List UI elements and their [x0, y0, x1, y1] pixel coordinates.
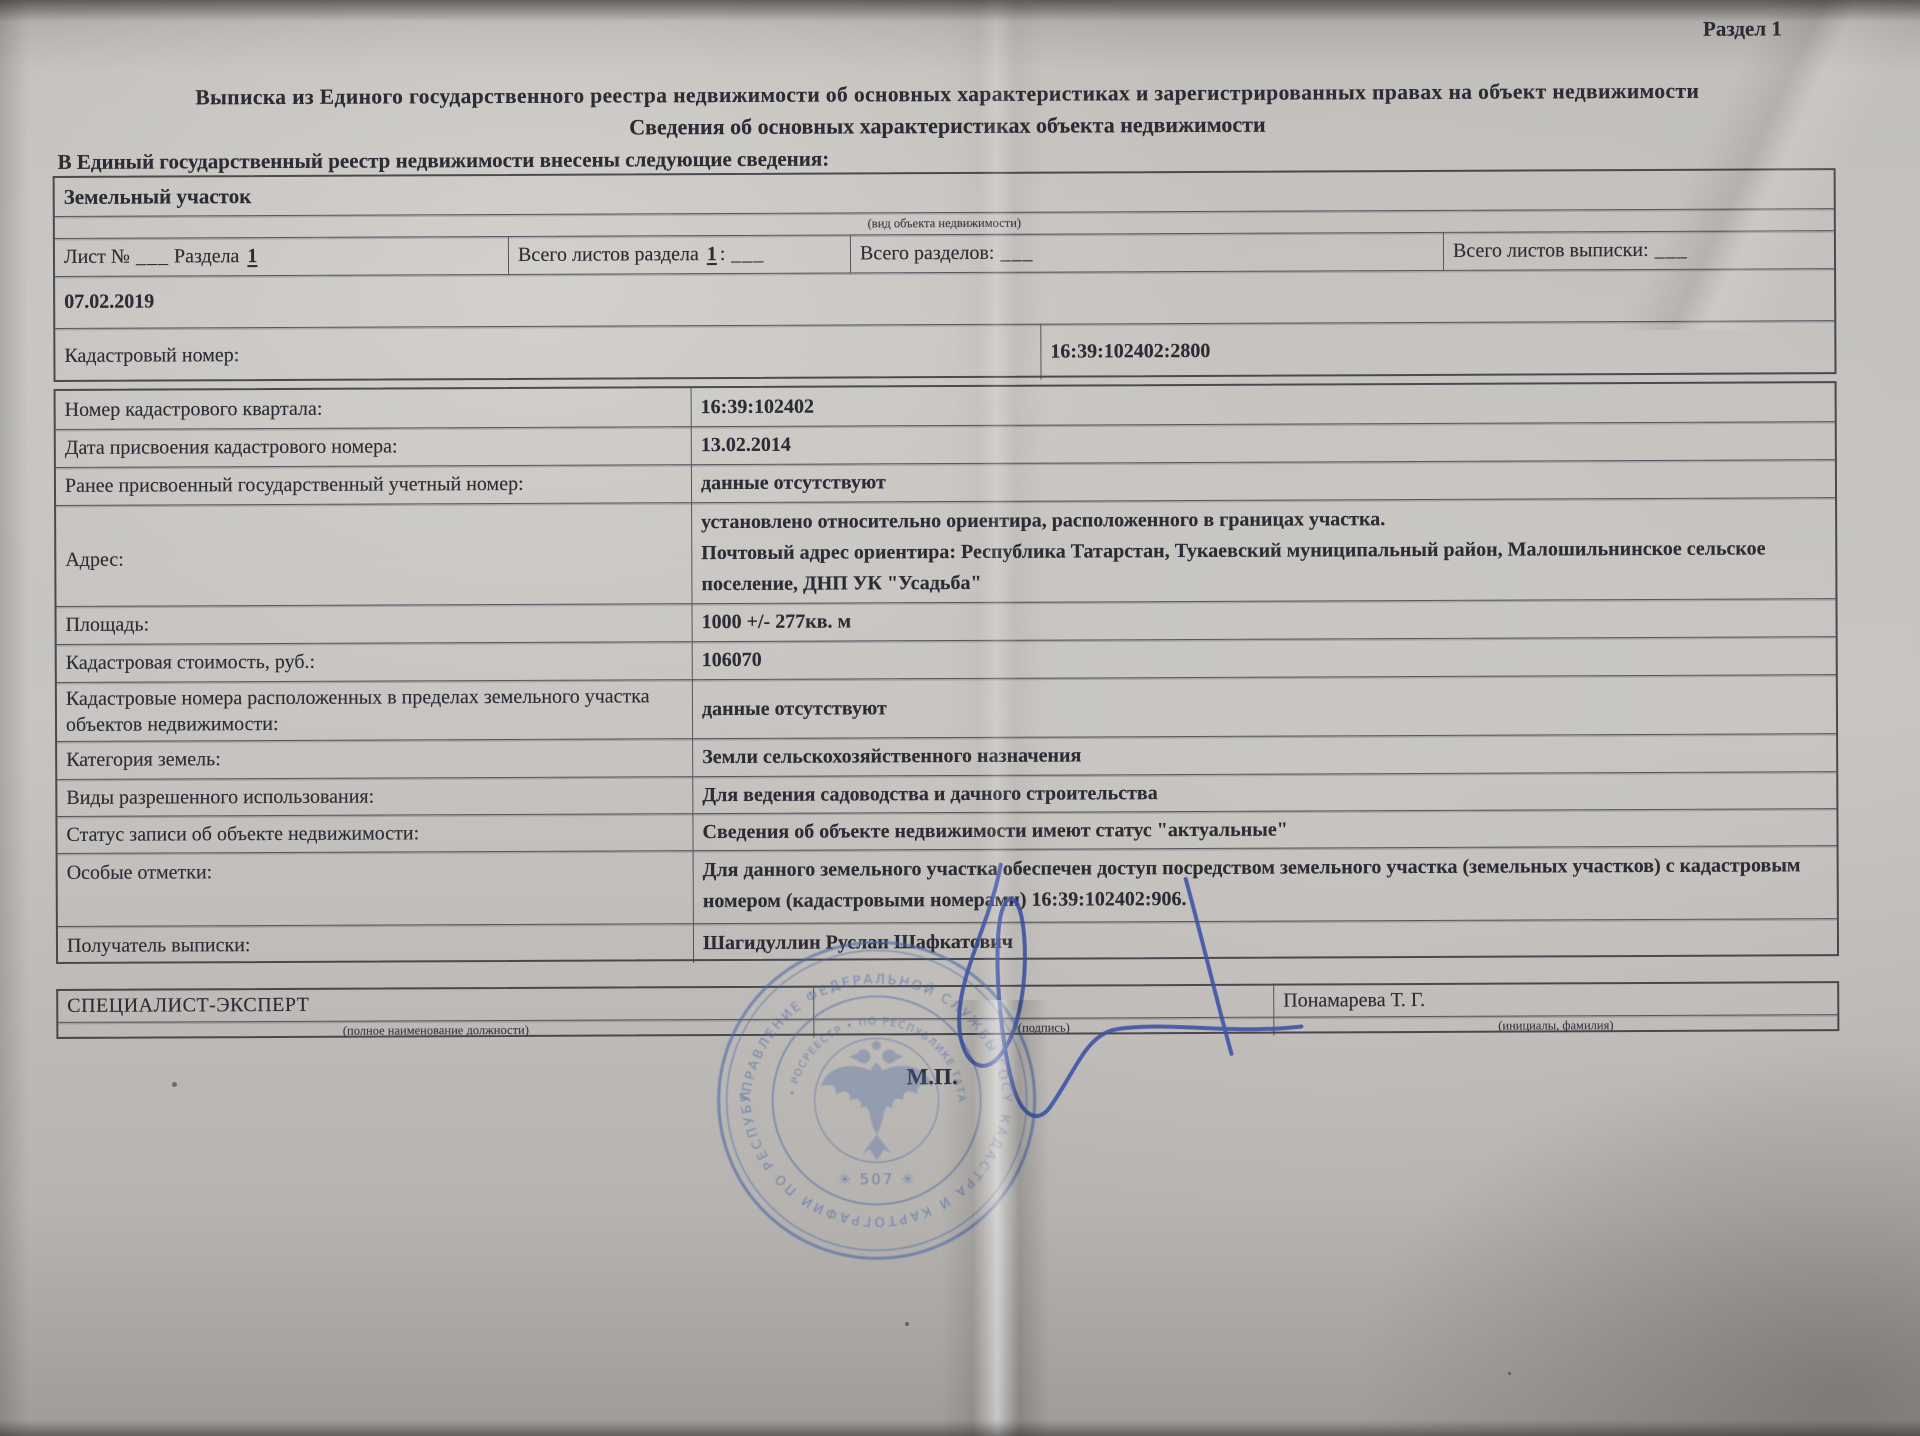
- row-label: Адрес:: [56, 503, 691, 606]
- total-sections-cell: Всего разделов: ___: [850, 233, 1443, 273]
- row-value: 13.02.2014: [691, 422, 1835, 464]
- intro-line: В Единый государственный реестр недвижим…: [58, 147, 830, 175]
- table-row: Кадастровые номера расположенных в преде…: [57, 674, 1836, 741]
- date-row: 07.02.2019: [55, 268, 1834, 328]
- section-number: 1: [244, 245, 260, 268]
- row-label: Виды разрешенного использования:: [57, 777, 692, 816]
- row-label: Категория земель:: [57, 739, 692, 779]
- extract-date: 07.02.2019: [55, 269, 1834, 328]
- section-label: Раздел 1: [1703, 16, 1782, 41]
- document-photo: Раздел 1 Выписка из Единого государствен…: [0, 0, 1920, 1436]
- position-cell: СПЕЦИАЛИСТ-ЭКСПЕРТ: [58, 988, 813, 1022]
- egrn-extract-page: Раздел 1 Выписка из Единого государствен…: [0, 0, 1920, 1436]
- total-sections-label: Всего разделов:: [860, 242, 995, 266]
- row-value: данные отсутствуют: [692, 675, 1836, 738]
- row-label: Кадастровые номера расположенных в преде…: [57, 680, 692, 741]
- section-word: Раздела: [174, 245, 240, 268]
- row-label: Статус записи об объекте недвижимости:: [57, 814, 692, 853]
- total-sheets-blank: ___: [1649, 239, 1688, 262]
- total-sheets-cell: Всего листов выписки: ___: [1443, 231, 1834, 270]
- header-table: Земельный участок (вид объекта недвижимо…: [53, 168, 1837, 382]
- row-value: Земли сельскохозяйственного назначения: [692, 734, 1836, 776]
- sheets-in-section-cell: Всего листов раздела 1 : ___: [508, 235, 850, 273]
- row-value: 1000 +/- 277кв. м: [692, 599, 1836, 641]
- row-label: Ранее присвоенный государственный учетны…: [56, 465, 691, 505]
- sheets-in-section-number: 1: [704, 243, 720, 266]
- document-title: Выписка из Единого государственного реес…: [0, 78, 1897, 111]
- table-row: Адрес: установлено относительно ориентир…: [56, 497, 1835, 606]
- stamp-number: ✳ 507 ✳: [838, 1170, 915, 1188]
- sheets-in-section-label: Всего листов раздела: [518, 243, 699, 267]
- row-label: Особые отметки:: [58, 851, 693, 926]
- row-label: Кадастровая стоимость, руб.:: [57, 642, 692, 682]
- row-value: данные отсутствуют: [691, 460, 1835, 502]
- signature-stroke-main: [958, 865, 1049, 1117]
- position-caption: (полное наименование должности): [58, 1020, 813, 1041]
- signature-scribble: [901, 838, 1362, 1160]
- total-sheets-label: Всего листов выписки:: [1453, 239, 1649, 263]
- sheet-number-cell: Лист № ___ Раздела 1: [55, 237, 508, 276]
- row-label: Площадь:: [57, 604, 692, 644]
- row-label: Получатель выписки:: [58, 924, 693, 966]
- cadastral-number-row: Кадастровый номер: 16:39:102402:2800: [55, 320, 1834, 384]
- sheet-blank: ___: [130, 245, 169, 268]
- row-value: 106070: [692, 637, 1836, 679]
- signature-stroke-tail: [1049, 1026, 1301, 1108]
- cadastral-number-value: 16:39:102402:2800: [1040, 321, 1834, 379]
- document-subtitle: Сведения об основных характеристиках объ…: [0, 109, 1897, 143]
- sheet-label: Лист №: [64, 246, 130, 269]
- total-sections-blank: ___: [994, 242, 1033, 265]
- row-value: Для ведения садоводства и дачного строит…: [692, 772, 1836, 813]
- row-value: установлено относительно ориентира, расп…: [691, 498, 1835, 603]
- cadastral-number-label: Кадастровый номер:: [55, 325, 1040, 384]
- row-label: Номер кадастрового квартала:: [56, 388, 691, 429]
- sheets-in-section-blank: ___: [725, 243, 764, 266]
- row-value: 16:39:102402: [691, 383, 1835, 426]
- row-label: Дата присвоения кадастрового номера:: [56, 427, 691, 467]
